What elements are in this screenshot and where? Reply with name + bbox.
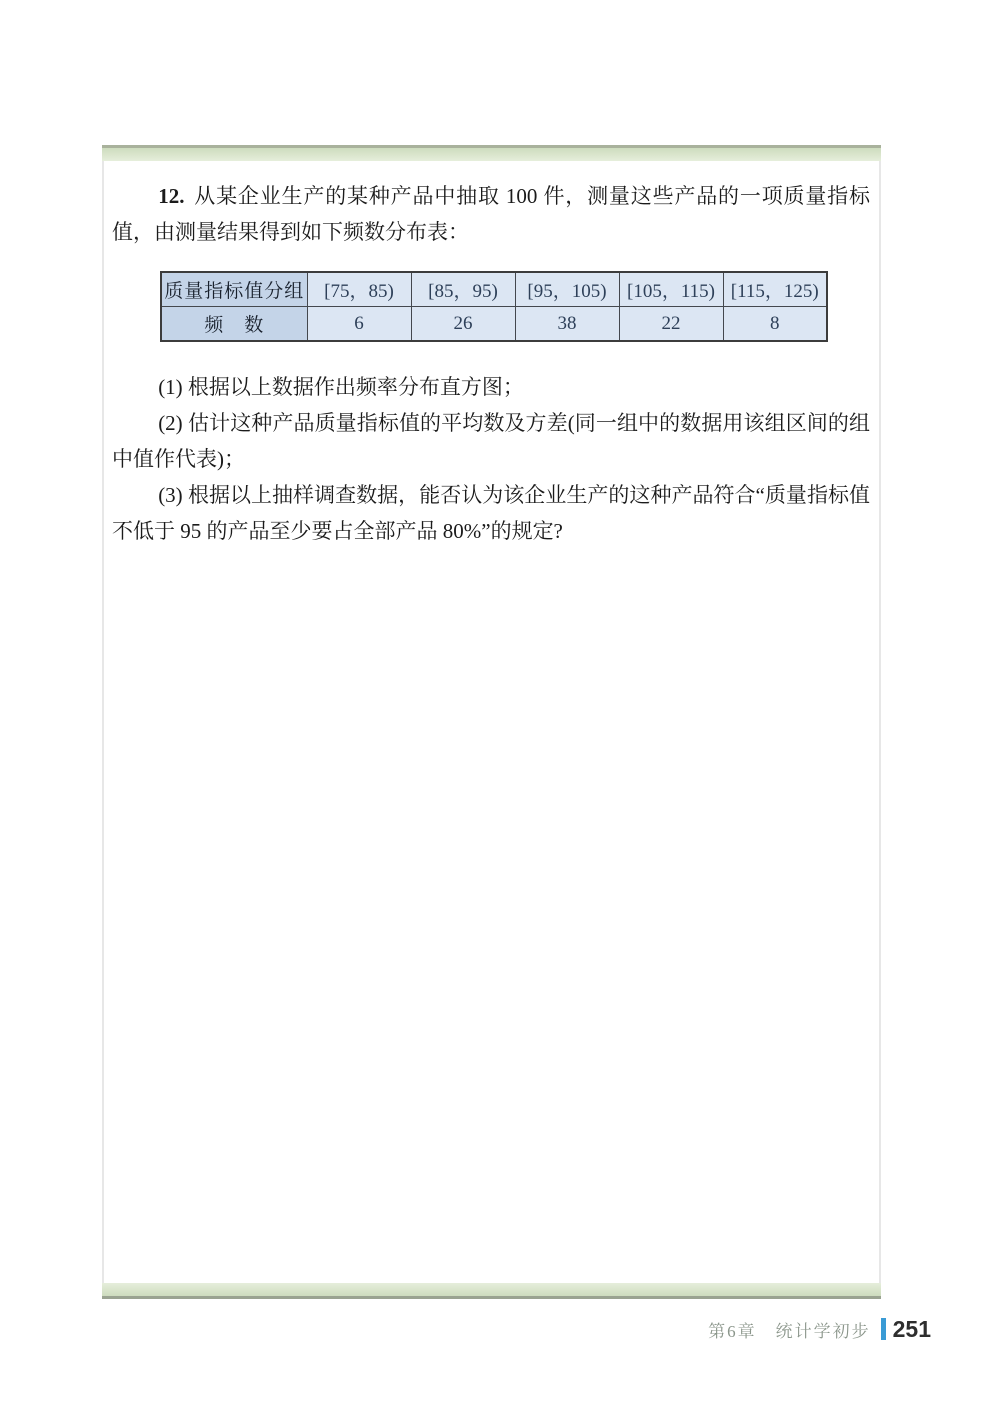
problem-statement: 12.从某企业生产的某种产品中抽取 100 件，测量这些产品的一项质量指标值，由… [112,178,870,250]
page-number: 251 [893,1316,931,1343]
frequency-cell: 38 [515,307,619,342]
group-interval-cell: [105，115) [619,272,723,307]
frequency-cell: 26 [411,307,515,342]
footer-divider-bar [881,1318,886,1340]
group-interval-cell: [95，105) [515,272,619,307]
question-3: (3) 根据以上抽样调查数据，能否认为该企业生产的这种产品符合“质量指标值不低于… [112,477,870,549]
chapter-label: 第6章 统计学初步 [708,1317,871,1342]
frequency-cell: 6 [307,307,411,342]
group-interval-cell: [85，95) [411,272,515,307]
table-corner-label: 质量指标值分组 [161,272,307,307]
frequency-distribution-table: 质量指标值分组 [75，85) [85，95) [95，105) [105，11… [160,271,828,342]
page-footer: 第6章 统计学初步 251 [708,1314,931,1344]
frequency-cell: 8 [723,307,827,342]
group-interval-cell: [115，125) [723,272,827,307]
problem-intro-text: 从某企业生产的某种产品中抽取 100 件，测量这些产品的一项质量指标值，由测量结… [112,184,870,244]
textbook-page: 12.从某企业生产的某种产品中抽取 100 件，测量这些产品的一项质量指标值，由… [0,0,1000,1422]
group-interval-cell: [75，85) [307,272,411,307]
content-frame: 12.从某企业生产的某种产品中抽取 100 件，测量这些产品的一项质量指标值，由… [102,145,881,1299]
bottom-green-band [102,1283,881,1299]
frequency-row-label: 频 数 [161,307,307,342]
question-list: (1) 根据以上数据作出频率分布直方图； (2) 估计这种产品质量指标值的平均数… [112,369,870,549]
question-1: (1) 根据以上数据作出频率分布直方图； [112,369,870,405]
page-content: 12.从某企业生产的某种产品中抽取 100 件，测量这些产品的一项质量指标值，由… [112,161,870,549]
top-green-band [102,145,881,161]
table-header-row: 质量指标值分组 [75，85) [85，95) [95，105) [105，11… [161,272,827,307]
problem-number: 12. [158,184,184,208]
question-2: (2) 估计这种产品质量指标值的平均数及方差(同一组中的数据用该组区间的组中值作… [112,405,870,477]
table-frequency-row: 频 数 6 26 38 22 8 [161,307,827,342]
frequency-cell: 22 [619,307,723,342]
